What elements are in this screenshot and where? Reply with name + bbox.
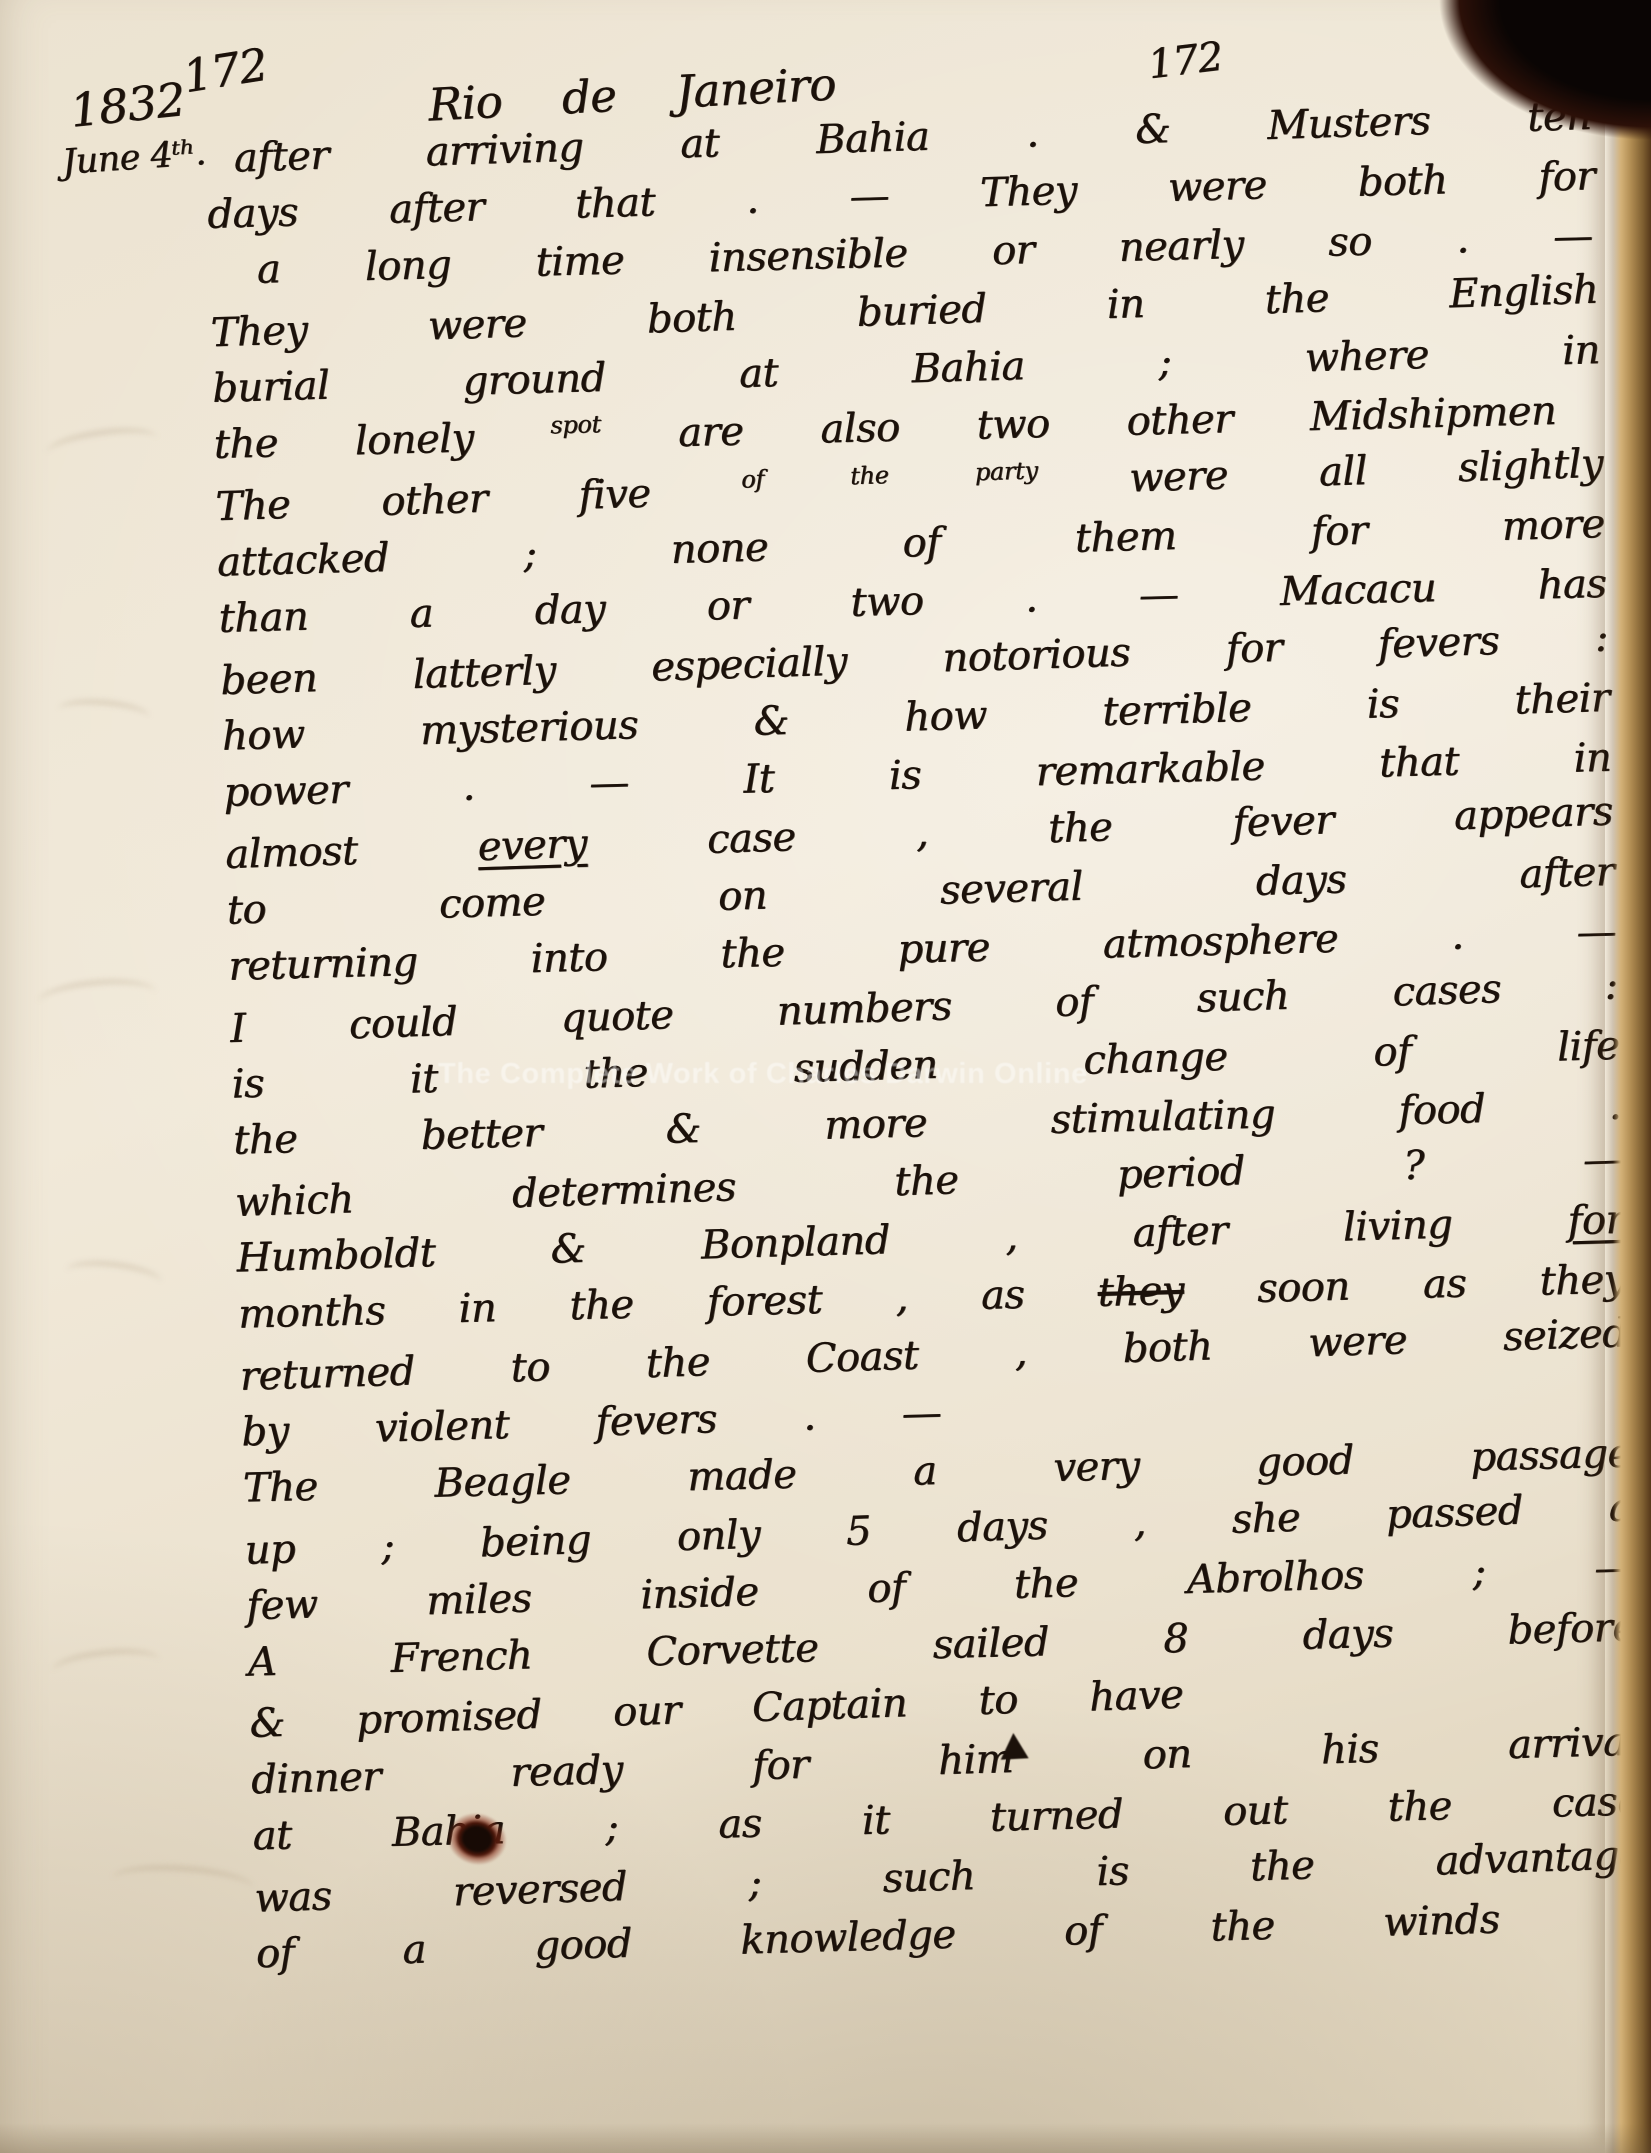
showthrough-mark [37, 975, 158, 1020]
line-segment: were all slightly [1037, 441, 1603, 505]
page-number-right: 172 [1145, 34, 1225, 89]
showthrough-mark [44, 422, 159, 468]
showthrough-mark [111, 1861, 255, 1906]
margin-year: 1832 [67, 72, 187, 138]
showthrough-mark [65, 1256, 164, 1296]
line-segment: spot [550, 410, 601, 439]
line-segment: almost [225, 824, 479, 878]
line-segment: they [1097, 1268, 1184, 1316]
page-bottom-shadow [0, 2123, 1651, 2153]
line-segment: every [477, 821, 588, 870]
margin-date: June 4ᵗʰ. [61, 133, 207, 183]
line-segment: the lonely [213, 413, 551, 468]
book-corner-shadow [1436, 0, 1651, 142]
line-segment: The other five [215, 468, 742, 531]
watermark-text: The Complete Work of Charles Darwin Onli… [438, 1058, 1298, 1091]
line-segment: soon as they [1183, 1257, 1626, 1314]
showthrough-mark [57, 696, 151, 731]
page-number-left: 172 [179, 38, 271, 104]
insertion-arrow [999, 1732, 1028, 1759]
manuscript-lines: after arriving at Bahia . & Musters tend… [205, 88, 1651, 1984]
line-segment: of the party [741, 456, 1038, 493]
book-page-edge [1605, 0, 1651, 2153]
manuscript-page: 1832 172 Rio de Janeiro 172 June 4ᵗʰ. af… [0, 0, 1651, 2153]
showthrough-mark [51, 1644, 162, 1686]
